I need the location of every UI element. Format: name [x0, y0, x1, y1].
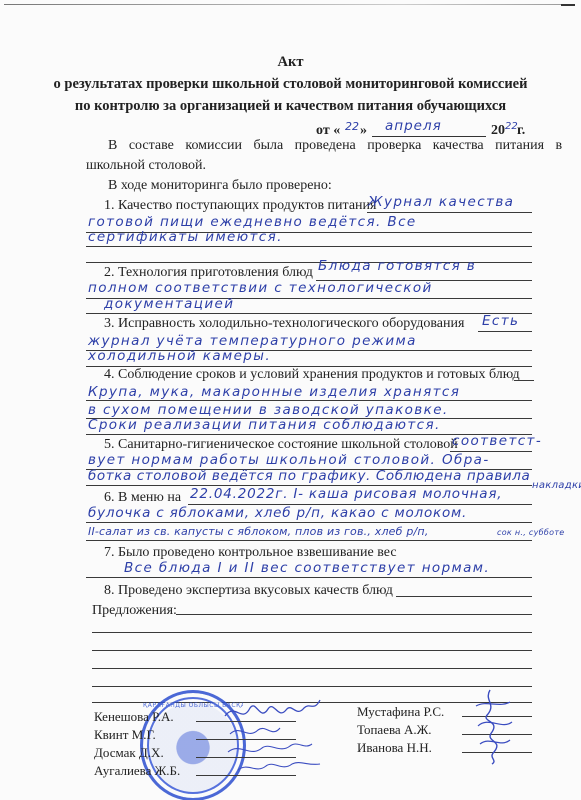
signatory-right-3: Иванова Н.Н. [357, 739, 432, 756]
item-5-answer-2: вует нормам работы школьной столовой. Об… [88, 452, 490, 468]
signatory-right-1: Мустафина Р.С. [357, 703, 444, 720]
item-6-answer-3: II-салат из св. капусты с яблоком, плов … [88, 524, 429, 540]
item-1-answer-3: сертификаты имеются. [88, 229, 283, 245]
answer-line [478, 331, 532, 332]
answer-line [367, 212, 532, 213]
date-year-suffix: 22 [505, 119, 518, 135]
item-7-answer-1: Все блюда I и II вес соответствует норма… [124, 560, 490, 576]
proposals-line [92, 650, 532, 651]
answer-line [86, 577, 532, 578]
proposals-line [92, 686, 532, 687]
item-6-answer-2: булочка с яблоками, хлеб р/п, какао с мо… [88, 505, 467, 521]
signatory-left-4: Аугалиева Ж.Б. [94, 762, 180, 779]
item-4-answer-2: в сухом помещении в заводской упаковке. [88, 402, 449, 418]
signatory-left-2: Квинт М.Г. [94, 726, 156, 743]
item-4-answer-1: Крупа, мука, макаронные изделия хранятся [88, 384, 460, 400]
item-5-label: 5. Санитарно-гигиеническое состояние шко… [104, 436, 458, 453]
item-6-answer-1: 22.04.2022г. I- каша рисовая молочная, [190, 486, 502, 502]
date-day: 22 [345, 119, 359, 135]
item-3-answer-1: Есть [482, 313, 519, 329]
proposals-line [92, 632, 532, 633]
item-4-label: 4. Соблюдение сроков и условий хранения … [104, 366, 520, 383]
proposals-line [176, 614, 532, 615]
signatures-left-ink [220, 694, 330, 779]
document-subtitle-line1: о результатах проверки школьной столовой… [0, 75, 581, 93]
date-month: апреля [385, 118, 442, 134]
item-8-label: 8. Проведено экспертиза вкусовых качеств… [104, 582, 393, 599]
item-2-answer-1: Блюда готовятся в [318, 258, 476, 274]
item-3-label: 3. Исправность холодильно-технологическо… [104, 315, 464, 332]
item-1-answer-1: Журнал качества [368, 194, 514, 210]
item-7-label: 7. Было проведено контрольное взвешивани… [104, 544, 397, 561]
signatory-left-3: Досмак Д.Х. [94, 744, 164, 761]
item-2-label: 2. Технология приготовления блюд [104, 264, 313, 281]
signatory-left-1: Кенешова Р.А. [94, 708, 174, 725]
signatory-right-2: Топаева А.Ж. [357, 721, 431, 738]
document-title: Акт [0, 53, 581, 71]
scan-edge-line [4, 4, 573, 5]
item-5-answer-3: ботка столовой ведётся по графику. Соблю… [88, 468, 530, 484]
monitoring-heading: В ходе мониторинга было проверено: [108, 177, 332, 194]
proposals-label: Предложения: [92, 602, 177, 619]
document-subtitle-line2: по контролю за организацией и качеством … [0, 97, 581, 115]
answer-line [396, 596, 532, 597]
answer-line [86, 540, 532, 541]
scan-edge-mark [561, 4, 575, 6]
proposals-line [92, 668, 532, 669]
answer-line [86, 246, 532, 247]
item-1-label: 1. Качество поступающих продуктов питани… [104, 197, 376, 214]
item-5-answer-4: накладки. [532, 478, 581, 494]
intro-line2: школьной столовой. [86, 157, 206, 174]
answer-line [86, 313, 532, 314]
item-2-answer-2: полном соответствии с технологической [88, 280, 433, 296]
item-3-answer-2: журнал учёта температурного режима [88, 333, 417, 349]
item-4-answer-3: Сроки реализации питания соблюдаются. [88, 417, 441, 433]
item-2-answer-3: документацией [104, 296, 234, 312]
signatures-right-ink [470, 686, 520, 766]
item-6-answer-4: сок н., субботе [497, 525, 565, 541]
item-5-answer-1: соответст- [452, 433, 542, 449]
intro-line1: В составе комиссии была проведена провер… [108, 137, 562, 154]
item-6-label: 6. В меню на [104, 489, 181, 506]
answer-line [514, 380, 534, 381]
answer-line [86, 522, 532, 523]
item-3-answer-3: холодильной камеры. [88, 348, 271, 364]
answer-line [86, 400, 532, 401]
item-1-answer-2: готовой пищи ежедневно ведётся. Все [88, 214, 417, 230]
